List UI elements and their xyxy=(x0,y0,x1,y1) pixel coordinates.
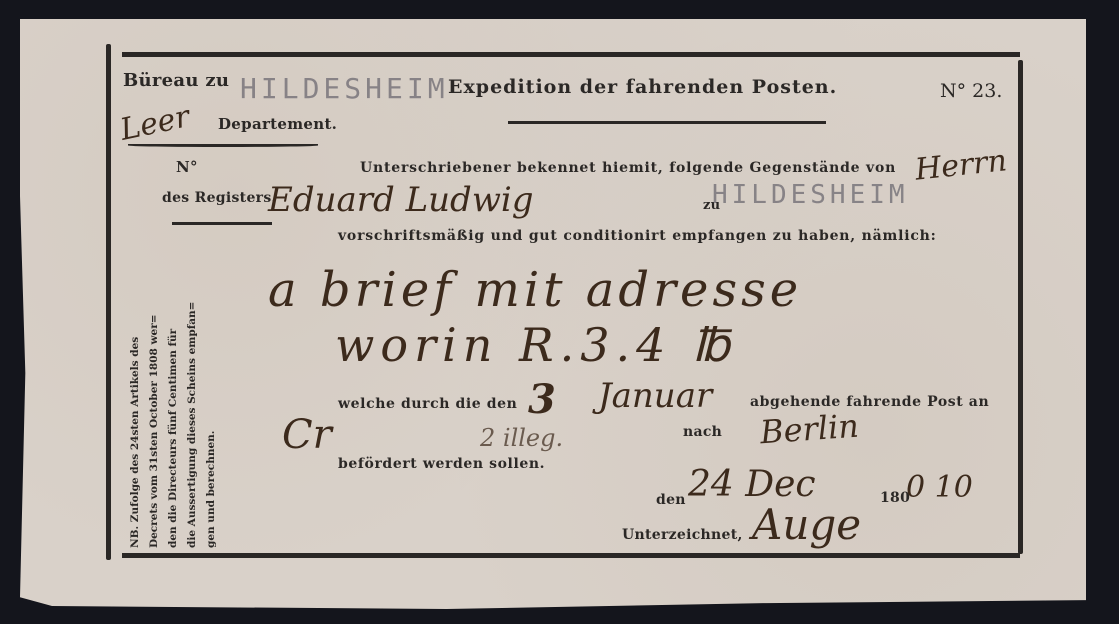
items-handwritten-2: worin R.3.4 ℔ xyxy=(335,318,736,372)
sender-name-handwritten: Eduard Ludwig xyxy=(268,180,534,220)
nach-label: nach xyxy=(683,424,722,440)
side-note-line: gen und berechnen. xyxy=(202,248,221,548)
date-den-label: den xyxy=(656,492,686,508)
frame-border-bottom xyxy=(122,553,1020,558)
department-label: Departement. xyxy=(218,115,337,133)
number-value: 23. xyxy=(972,80,1002,102)
frame-border-right xyxy=(1018,60,1023,554)
frame-border-top xyxy=(122,52,1020,57)
receipt-line-4: befördert werden sollen. xyxy=(338,456,545,472)
receipt-line-3-prefix: welche durch die den xyxy=(338,396,517,412)
destination-handwritten: Berlin xyxy=(759,407,860,452)
receipt-line-2: vorschriftsmäßig und gut conditionirt em… xyxy=(338,228,937,244)
side-note-line: Decrets vom 31sten October 1808 wer= xyxy=(145,248,164,548)
side-note-line: NB. Zufolge des 24sten Artikels des xyxy=(126,248,145,548)
date-month-handwritten: Januar xyxy=(598,376,712,416)
side-note-line: den die Directeurs fünf Centimen für xyxy=(164,248,183,548)
signed-date-handwritten: 24 Dec xyxy=(688,464,816,505)
bureau-label: Büreau zu xyxy=(123,70,229,91)
number-label: N° xyxy=(940,80,966,102)
signature-handwritten: Auge xyxy=(752,500,861,549)
receipt-line-1: Unterschriebener bekennet hiemit, folgen… xyxy=(360,160,896,176)
form-number: N° 23. xyxy=(940,80,1002,102)
margin-handwritten: Cr xyxy=(282,412,332,458)
date-day-handwritten: 3 xyxy=(528,376,556,423)
items-handwritten-1: a brief mit adresse xyxy=(268,262,802,318)
register-number-label: N° xyxy=(176,158,198,176)
year-handwritten: 0 10 xyxy=(906,470,973,505)
recipient-handwritten: 2 illeg. xyxy=(480,424,563,452)
signed-label: Unterzeichnet, xyxy=(622,527,743,543)
register-label: des Registers. xyxy=(162,190,277,206)
receipt-line-3-suffix: abgehende fahrende Post an xyxy=(750,394,989,410)
city-stamp-2: HILDESHEIM xyxy=(712,180,909,210)
side-note-line: die Aussertigung dieses Scheins empfan= xyxy=(183,248,202,548)
brace-divider xyxy=(128,144,318,147)
city-stamp: HILDESHEIM xyxy=(240,72,449,105)
form-title: Expedition der fahrenden Posten. xyxy=(448,76,837,98)
frame-border-left xyxy=(106,44,111,560)
title-underline xyxy=(508,121,826,124)
side-note: NB. Zufolge des 24sten Artikels des Decr… xyxy=(126,248,221,548)
register-underline xyxy=(172,222,272,225)
